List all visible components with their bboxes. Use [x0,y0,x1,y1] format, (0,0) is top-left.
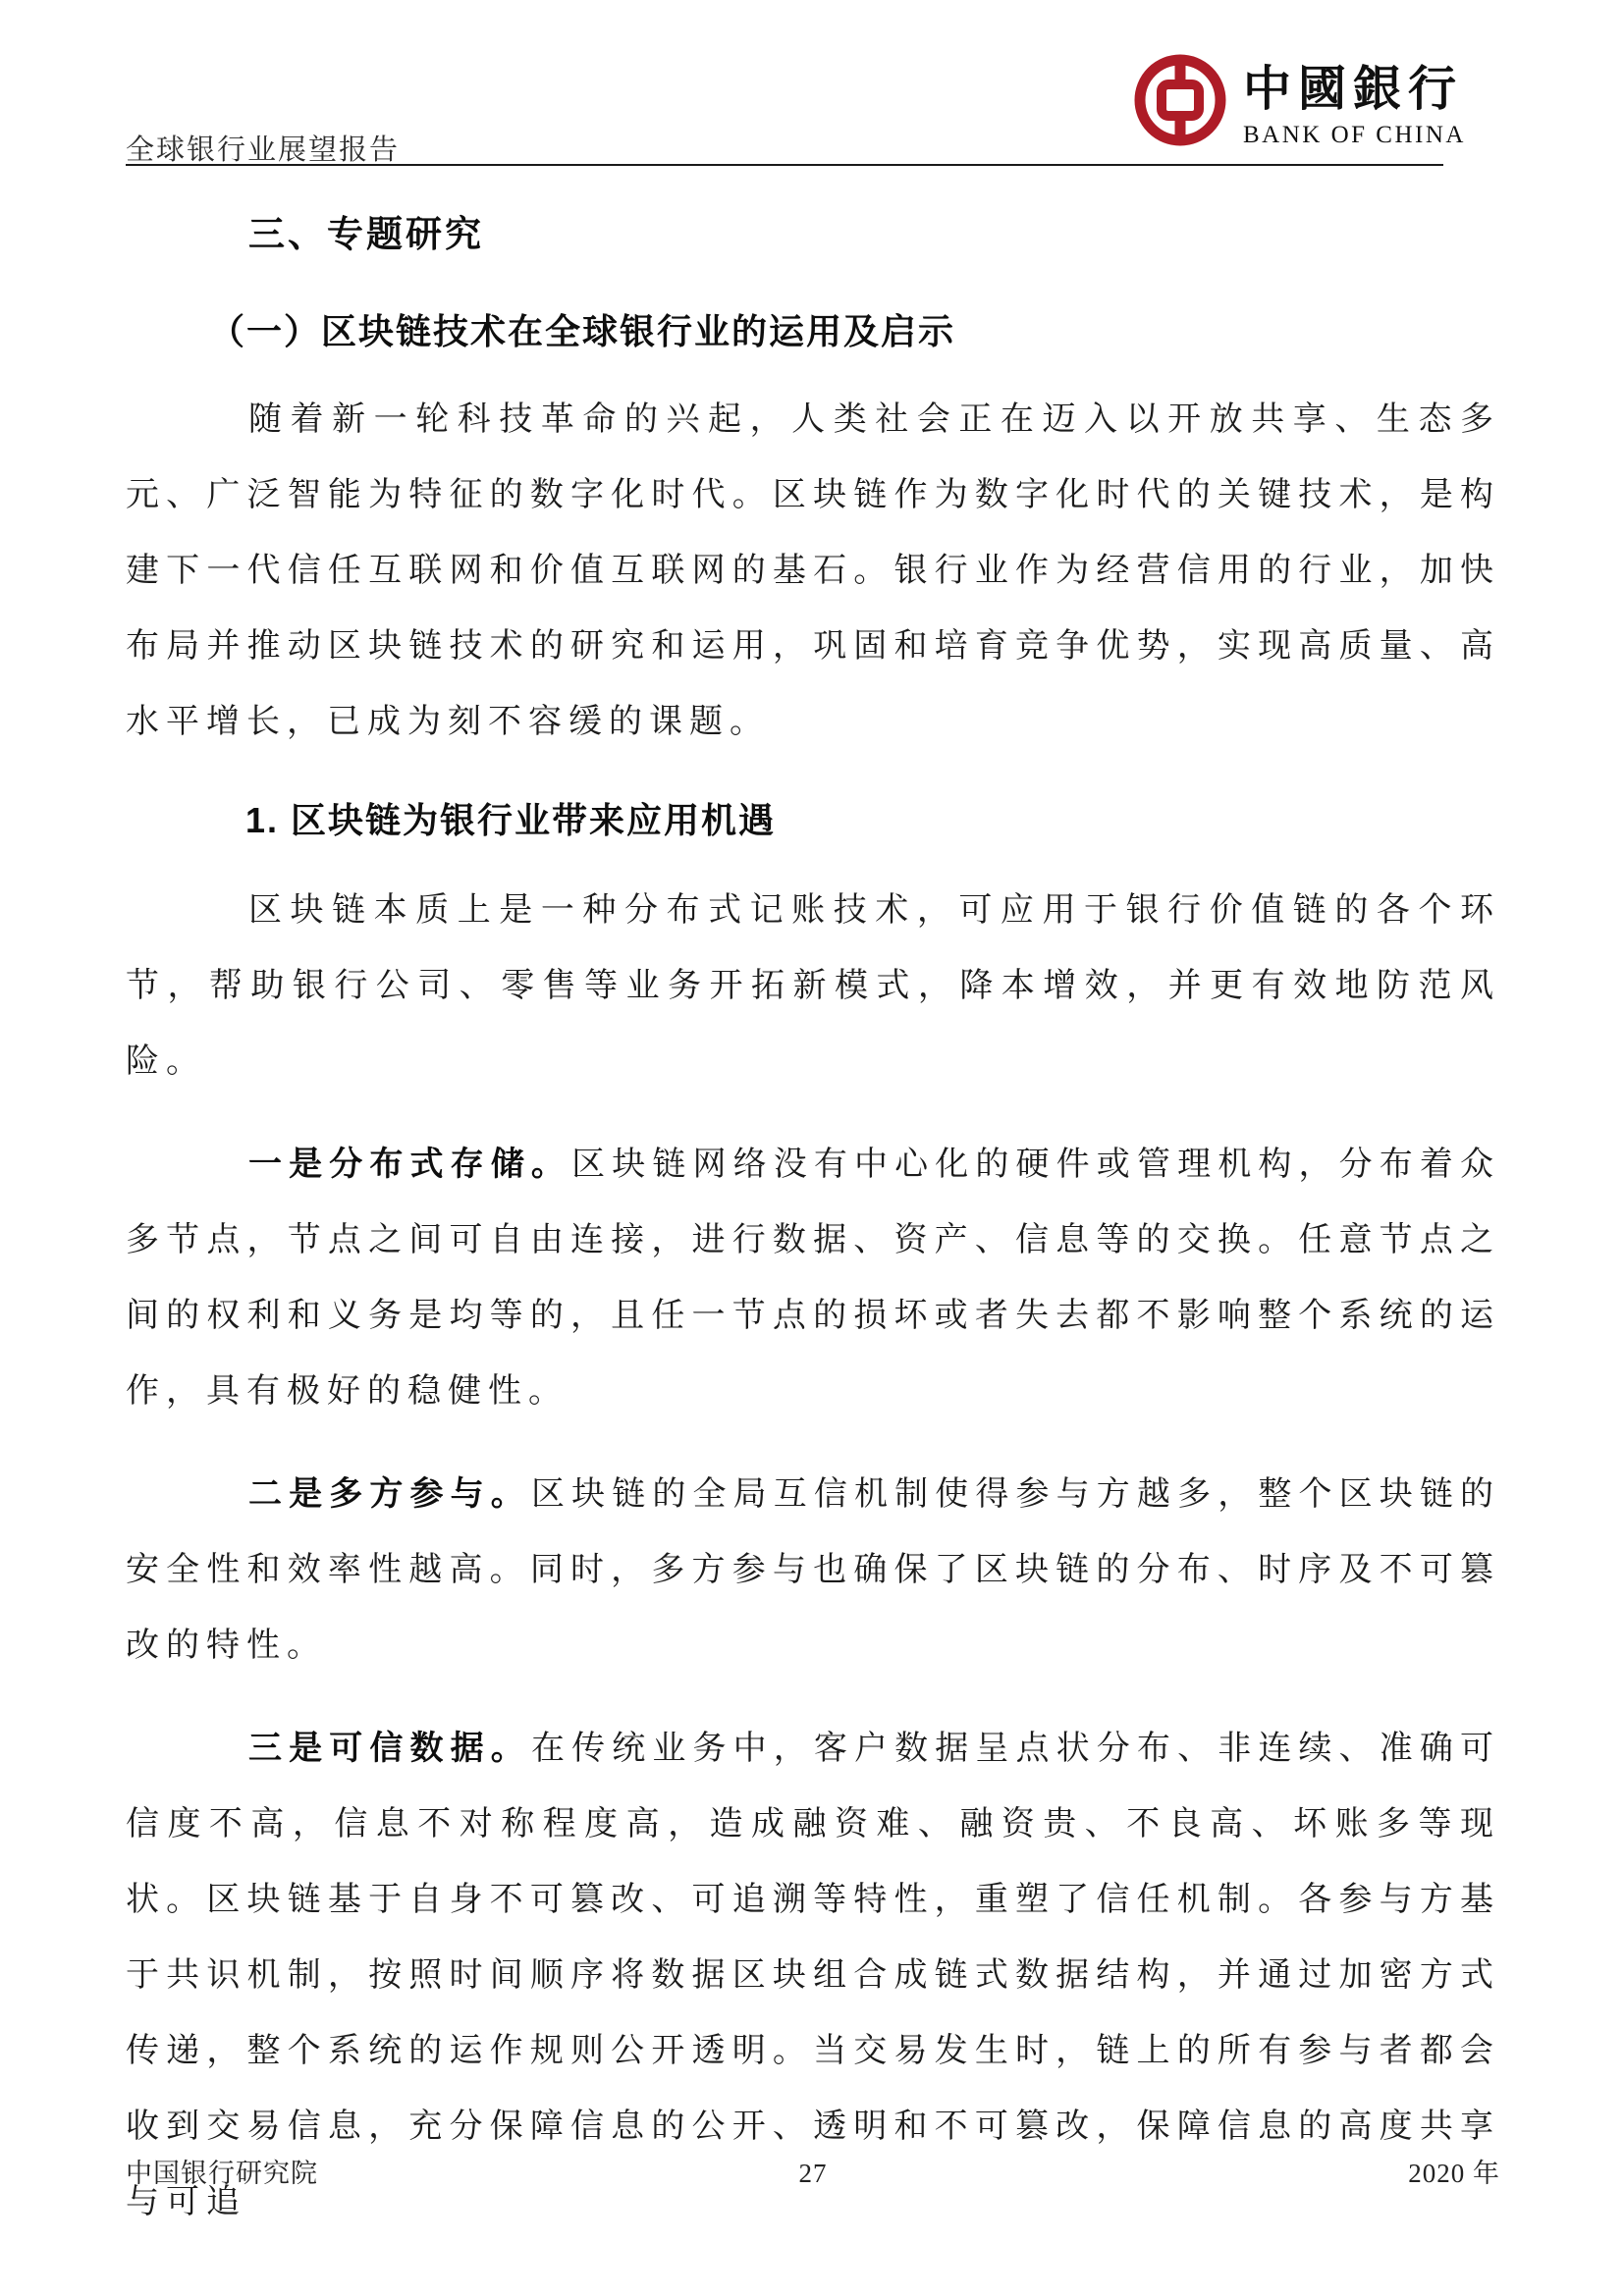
trusted-data-lead: 三是可信数据。 [248,1730,531,1767]
header-divider [126,164,1443,166]
distributed-storage-text: 区块链网络没有中心化的硬件或管理机构，分布着众多节点，节点之间可自由连接，进行数… [126,1147,1500,1410]
page-number: 27 [799,2159,828,2189]
document-page: 全球银行业展望报告 中國銀行 BANK OF CHINA 三、专题研究 （一）区… [0,0,1624,2296]
paragraph-overview: 区块链本质上是一种分布式记账技术，可应用于银行价值链的各个环节，帮助银行公司、零… [126,873,1500,1099]
multi-party-lead: 二是多方参与。 [248,1475,531,1513]
boc-coin-emblem-icon [1131,51,1229,149]
report-title: 全球银行业展望报告 [126,128,400,168]
logo-chinese-name: 中國銀行 [1243,57,1466,122]
logo-wordmark: 中國銀行 BANK OF CHINA [1243,51,1466,149]
subsection-title: （一）区块链技术在全球银行业的运用及启示 [209,304,1500,354]
bank-of-china-logo: 中國銀行 BANK OF CHINA [1131,51,1466,149]
footer-institute: 中国银行研究院 [126,2152,799,2190]
document-body: 三、专题研究 （一）区块链技术在全球银行业的运用及启示 随着新一轮科技革命的兴起… [126,194,1500,2240]
distributed-storage-lead: 一是分布式存储。 [248,1146,571,1183]
logo-english-name: BANK OF CHINA [1243,122,1466,149]
trusted-data-text: 在传统业务中，客户数据呈点状分布、非连续、准确可信度不高，信息不对称程度高，造成… [126,1731,1500,2220]
paragraph-intro: 随着新一轮科技革命的兴起，人类社会正在迈入以开放共享、生态多元、广泛智能为特征的… [126,382,1500,760]
page-footer: 中国银行研究院 27 2020 年 [126,2152,1500,2190]
section-title: 三、专题研究 [248,204,1500,257]
paragraph-multi-party: 二是多方参与。区块链的全局互信机制使得参与方越多，整个区块链的安全性和效率性越高… [126,1457,1500,1683]
footer-year: 2020 年 [828,2152,1501,2190]
topic-heading-blockchain-opportunities: 1. 区块链为银行业带来应用机遇 [245,793,1500,843]
paragraph-distributed-storage: 一是分布式存储。区块链网络没有中心化的硬件或管理机构，分布着众多节点，节点之间可… [126,1127,1500,1429]
